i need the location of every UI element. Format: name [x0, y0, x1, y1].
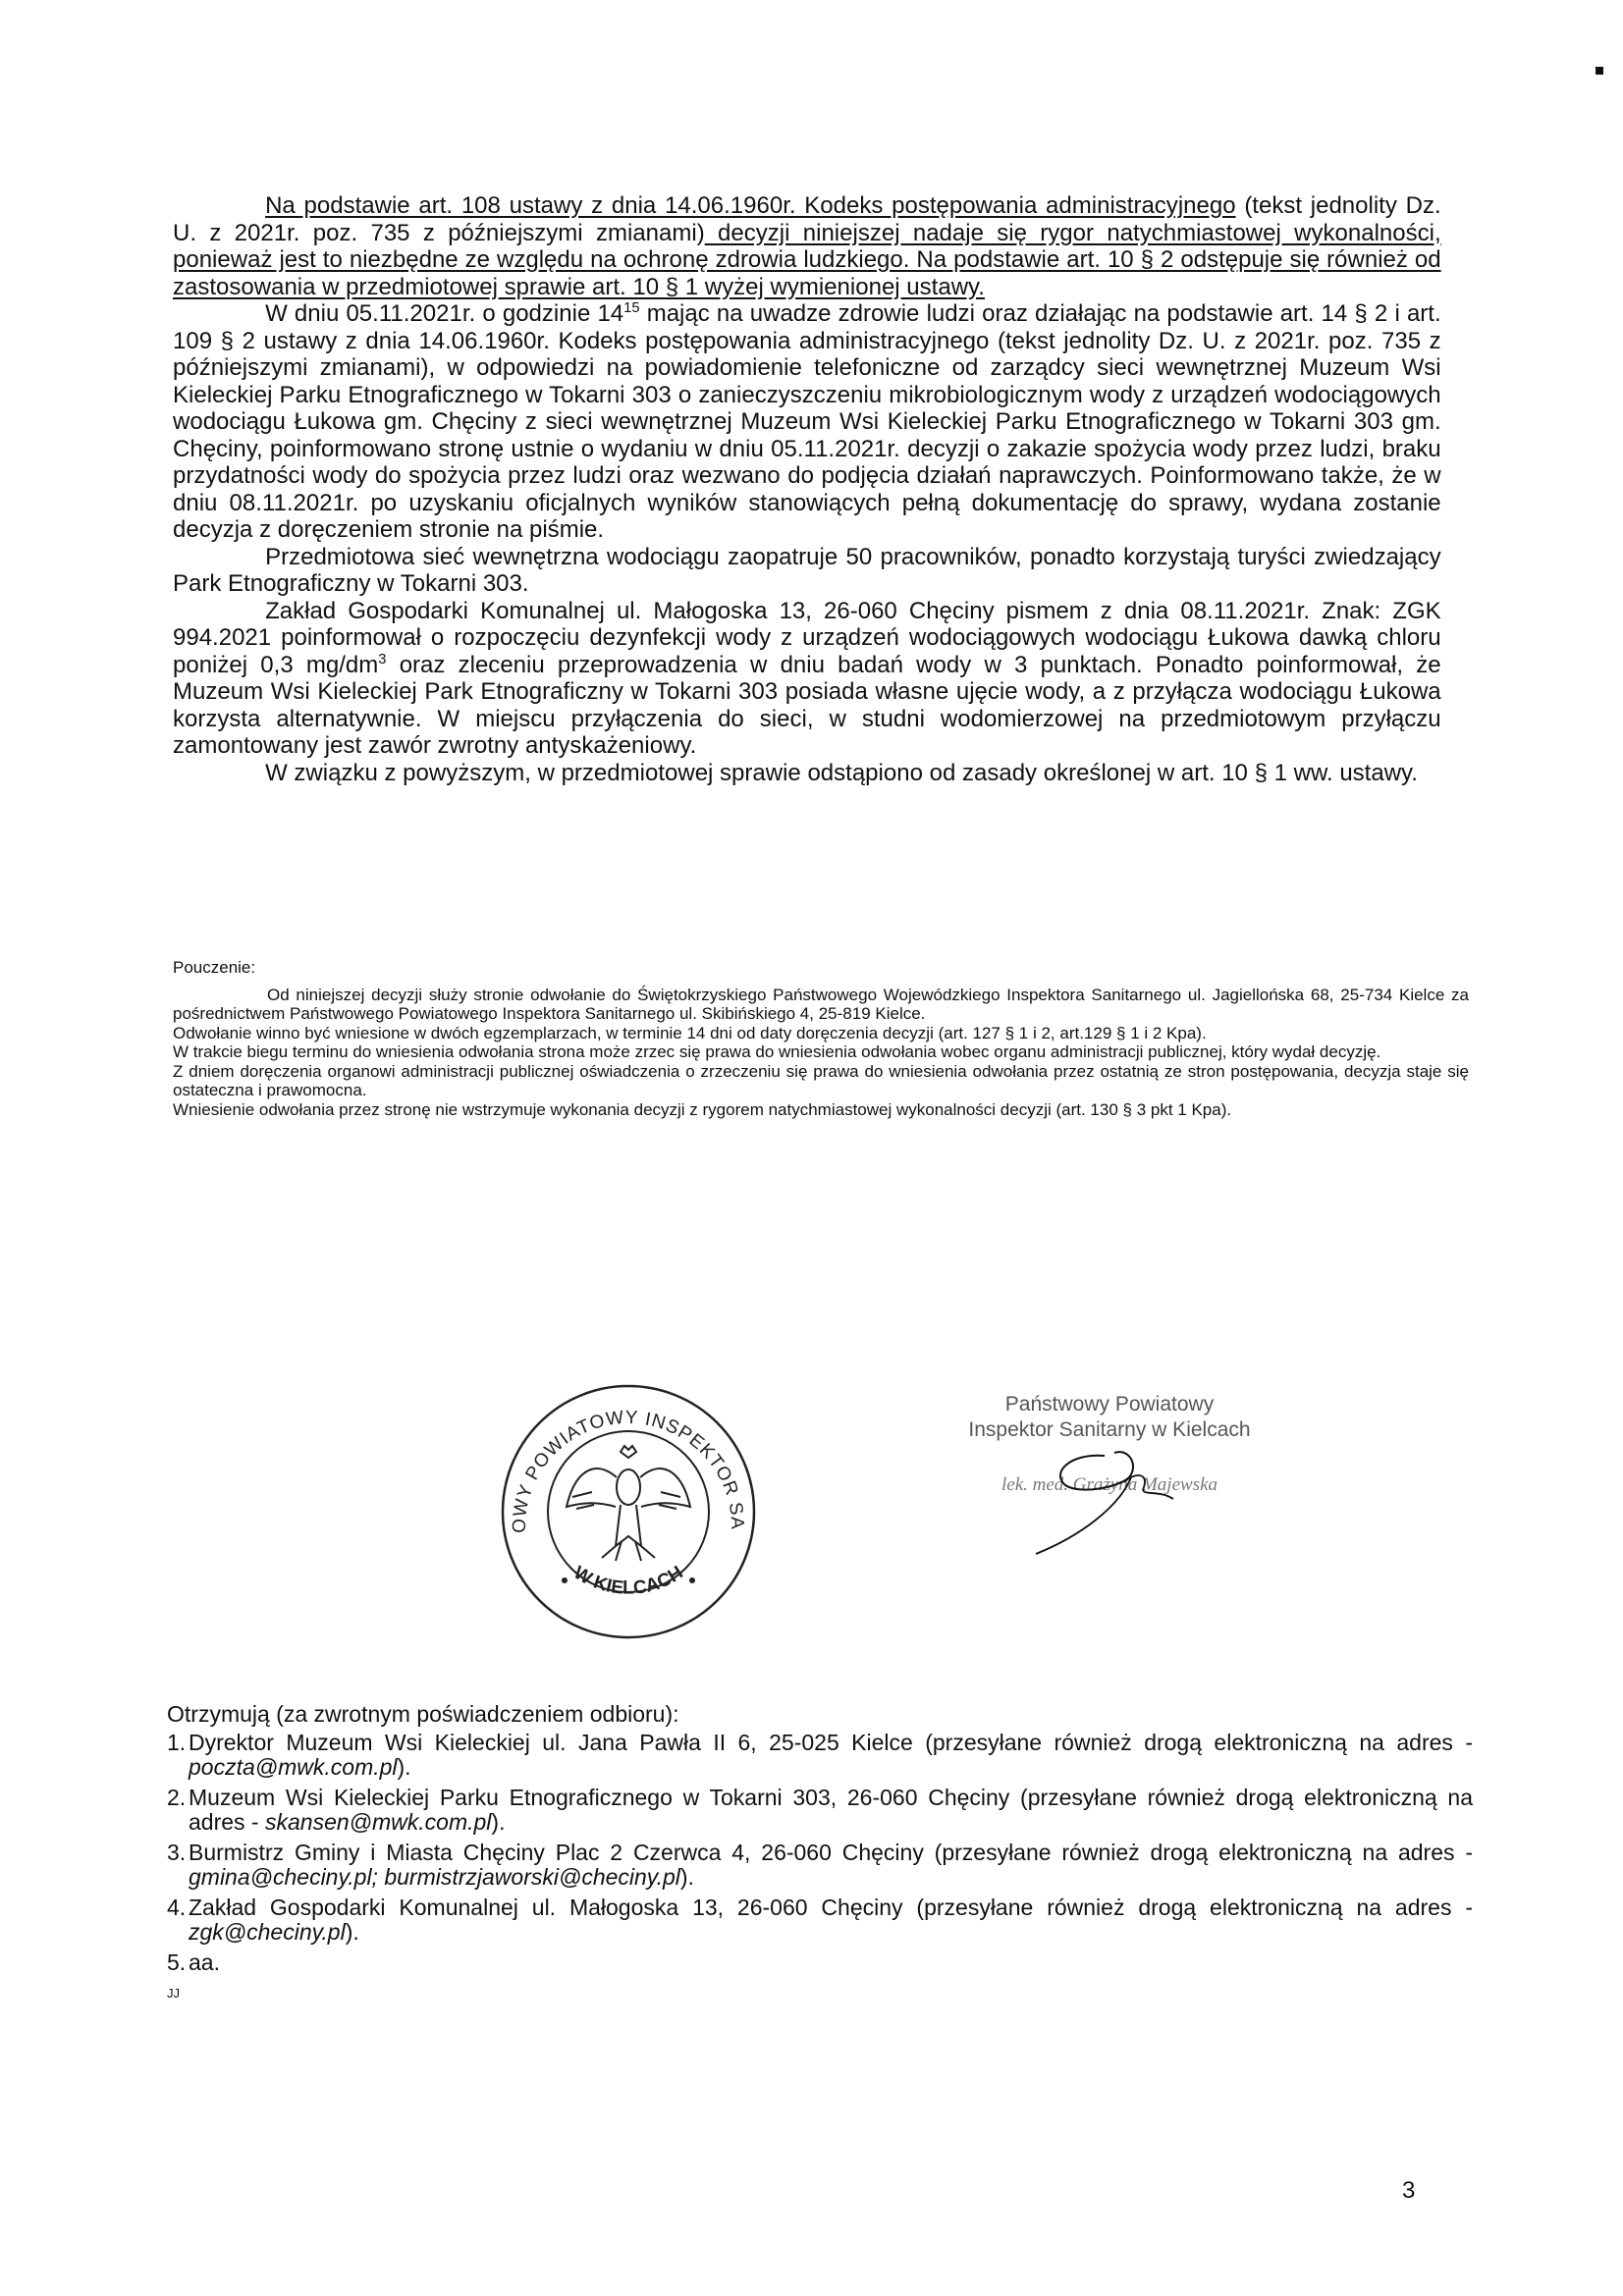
recipient-email: poczta@mwk.com.pl	[189, 1754, 398, 1780]
recipients-section: Otrzymują (za zwrotnym poświadczeniem od…	[167, 1702, 1473, 2005]
recipient-item: 2.Muzeum Wsi Kieleckiej Parku Etnografic…	[167, 1786, 1473, 1835]
eagle-emblem-icon	[567, 1446, 690, 1561]
instruction-item: Wniesienie odwołania przez stronę nie ws…	[173, 1100, 1469, 1120]
recipients-title: Otrzymują (za zwrotnym poświadczeniem od…	[167, 1702, 1473, 1727]
recipient-suffix: ).	[346, 1919, 359, 1945]
recipient-email: zgk@checiny.pl	[189, 1919, 346, 1945]
recipients-list: 1.Dyrektor Muzeum Wsi Kieleckiej ul. Jan…	[167, 1731, 1473, 1975]
page-number: 3	[1402, 2177, 1415, 2205]
recipient-text: Zakład Gospodarki Komunalnej ul. Małogos…	[189, 1895, 1473, 1920]
stamp-bottom-text: W KIELCACH	[569, 1563, 686, 1599]
paragraph-conclusion: W związku z powyższym, w przedmiotowej s…	[173, 760, 1441, 787]
recipient-number: 4.	[167, 1896, 186, 1920]
instruction-item: Z dniem doręczenia organowi administracj…	[173, 1062, 1469, 1100]
recipient-text: Dyrektor Muzeum Wsi Kieleckiej ul. Jana …	[189, 1730, 1473, 1755]
recipient-suffix: ).	[398, 1754, 411, 1780]
recipient-number: 3.	[167, 1841, 186, 1865]
time-minutes: 15	[623, 299, 639, 316]
instruction-item: Odwołanie winno być wniesione w dwóch eg…	[173, 1024, 1469, 1043]
recipient-text: aa.	[189, 1949, 220, 1975]
recipient-item: 1.Dyrektor Muzeum Wsi Kieleckiej ul. Jan…	[167, 1731, 1473, 1780]
instruction-section: Pouczenie: Od niniejszej decyzji służy s…	[173, 958, 1469, 1119]
paragraph-immediate-enforceability: Na podstawie art. 108 ustawy z dnia 14.0…	[173, 192, 1441, 300]
recipient-email: skansen@mwk.com.pl	[265, 1809, 491, 1835]
recipient-suffix: ).	[680, 1864, 694, 1890]
paragraph-phone-notification: W dniu 05.11.2021r. o godzinie 1415 mają…	[173, 300, 1441, 544]
recipient-number: 2.	[167, 1786, 186, 1810]
instruction-heading: Pouczenie:	[173, 958, 1469, 978]
instruction-item: W trakcie biegu terminu do wniesienia od…	[173, 1042, 1469, 1062]
paragraph-network-users: Przedmiotowa sieć wewnętrzna wodociągu z…	[173, 544, 1441, 598]
author-initials: JJ	[167, 1981, 1473, 2005]
paragraph-zgk-disinfection: Zakład Gospodarki Komunalnej ul. Małogos…	[173, 598, 1441, 760]
recipient-item: 5.aa.	[167, 1950, 1473, 1975]
instruction-item: Od niniejszej decyzji służy stronie odwo…	[173, 986, 1469, 1024]
official-round-stamp: PAŃSTWOWY POWIATOWY INSPEKTOR SANITARNY …	[496, 1379, 761, 1644]
recipient-suffix: ).	[491, 1809, 505, 1835]
recipient-email: gmina@checiny.pl; burmistrzjaworski@chec…	[189, 1864, 680, 1890]
recipient-number: 1.	[167, 1731, 186, 1755]
recipient-text: Burmistrz Gminy i Miasta Chęciny Plac 2 …	[189, 1840, 1473, 1865]
legal-basis-underlined: Na podstawie art. 108 ustawy z dnia 14.0…	[265, 192, 1235, 219]
svg-text:W KIELCACH: W KIELCACH	[569, 1563, 686, 1599]
notification-text: mając na uwadze zdrowie ludzi oraz dział…	[173, 300, 1441, 543]
scan-corner-mark	[1596, 67, 1603, 75]
recipient-item: 4.Zakład Gospodarki Komunalnej ul. Małog…	[167, 1896, 1473, 1945]
handwritten-signature	[1011, 1428, 1247, 1556]
signatory-title-line1: Państwowy Powiatowy	[923, 1392, 1296, 1417]
date-time-text: W dniu 05.11.2021r. o godzinie 14	[265, 300, 623, 327]
recipient-number: 5.	[167, 1950, 186, 1975]
unit-exponent: 3	[378, 651, 386, 667]
recipient-item: 3.Burmistrz Gminy i Miasta Chęciny Plac …	[167, 1841, 1473, 1890]
decision-body: Na podstawie art. 108 ustawy z dnia 14.0…	[173, 192, 1441, 786]
